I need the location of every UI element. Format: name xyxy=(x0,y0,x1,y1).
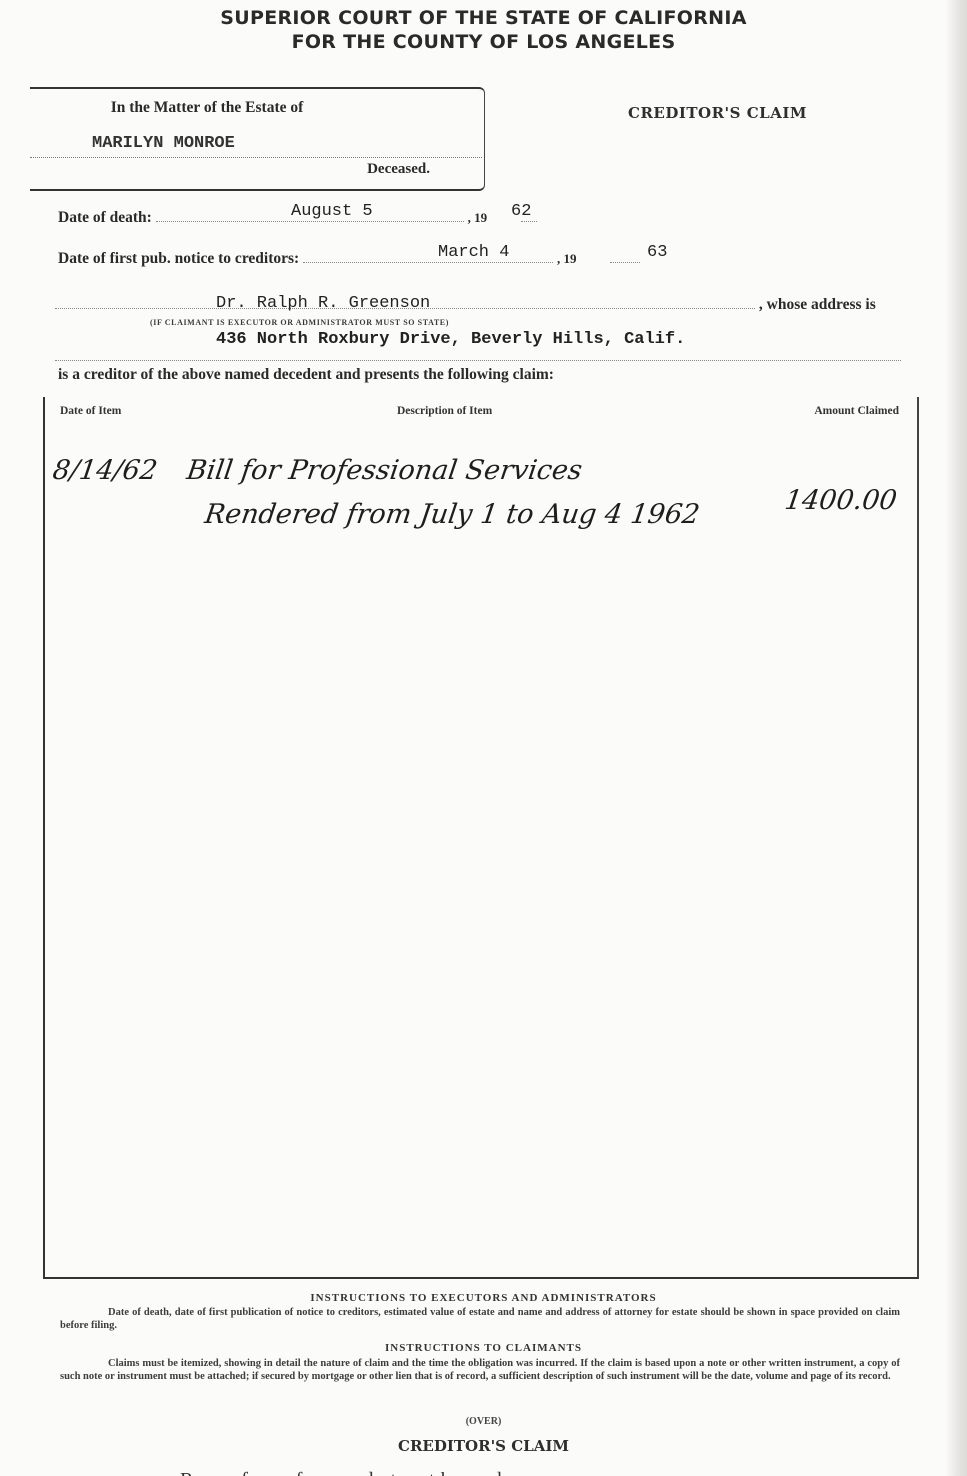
claimant-name: Dr. Ralph R. Greenson xyxy=(216,294,430,313)
page-edge-shadow xyxy=(945,0,967,1476)
address-dotted-line xyxy=(55,359,901,361)
form-title: CREDITOR'S CLAIM xyxy=(628,104,807,122)
decedent-name: MARILYN MONROE xyxy=(92,134,235,153)
estate-caption-box: In the Matter of the Estate of MARILYN M… xyxy=(30,87,485,191)
column-header-date: Date of Item xyxy=(60,405,121,417)
date-of-death-year: 62 xyxy=(511,202,531,221)
claimant-address: 436 North Roxbury Drive, Beverly Hills, … xyxy=(216,330,685,349)
column-header-description: Description of Item xyxy=(397,405,492,417)
column-header-amount: Amount Claimed xyxy=(814,405,899,417)
first-pub-year-dots xyxy=(610,261,640,263)
date-of-death-century: , 19 xyxy=(468,210,488,225)
claimant-row: , whose address is xyxy=(55,296,876,314)
claimants-instructions-heading: INSTRUCTIONS TO CLAIMANTS xyxy=(0,1342,967,1354)
first-pub-dotted-line xyxy=(303,261,553,263)
claimant-note: (IF CLAIMANT IS EXECUTOR OR ADMINISTRATO… xyxy=(150,318,449,327)
court-name: SUPERIOR COURT OF THE STATE OF CALIFORNI… xyxy=(0,6,967,30)
court-county: FOR THE COUNTY OF LOS ANGELES xyxy=(0,30,967,54)
estate-heading: In the Matter of the Estate of xyxy=(30,99,384,117)
creditor-statement: is a creditor of the above named deceden… xyxy=(58,366,554,384)
first-pub-century: , 19 xyxy=(557,251,577,266)
item-amount: 1400.00 xyxy=(783,485,899,516)
claimant-suffix: , whose address is xyxy=(759,296,876,313)
date-of-death-value: August 5 xyxy=(291,202,373,221)
deceased-label: Deceased. xyxy=(367,161,430,178)
first-pub-label: Date of first pub. notice to creditors: xyxy=(58,250,299,267)
item-description-line2: Rendered from July 1 to Aug 4 1962 xyxy=(203,499,702,530)
first-pub-value: March 4 xyxy=(438,243,509,262)
first-pub-row: Date of first pub. notice to creditors: … xyxy=(58,250,640,268)
cutoff-text: Re ofe oferred to the above xyxy=(180,1466,560,1476)
claim-table: Date of Item Description of Item Amount … xyxy=(43,397,919,1279)
first-pub-year: 63 xyxy=(647,243,667,262)
item-description-line1: Bill for Professional Services xyxy=(185,455,584,486)
executors-instructions-heading: INSTRUCTIONS TO EXECUTORS AND ADMINISTRA… xyxy=(0,1292,967,1304)
address-dotted-row xyxy=(55,348,901,366)
executors-instructions-text: Date of death, date of first publication… xyxy=(60,1307,900,1332)
over-label: (OVER) xyxy=(0,1416,967,1427)
item-date: 8/14/62 xyxy=(51,455,159,486)
court-header: SUPERIOR COURT OF THE STATE OF CALIFORNI… xyxy=(0,6,967,54)
estate-name-dotted-line xyxy=(30,157,482,158)
claimants-instructions-text: Claims must be itemized, showing in deta… xyxy=(60,1358,900,1383)
back-side-title: CREDITOR'S CLAIM xyxy=(0,1437,967,1455)
date-of-death-label: Date of death: xyxy=(58,209,152,226)
